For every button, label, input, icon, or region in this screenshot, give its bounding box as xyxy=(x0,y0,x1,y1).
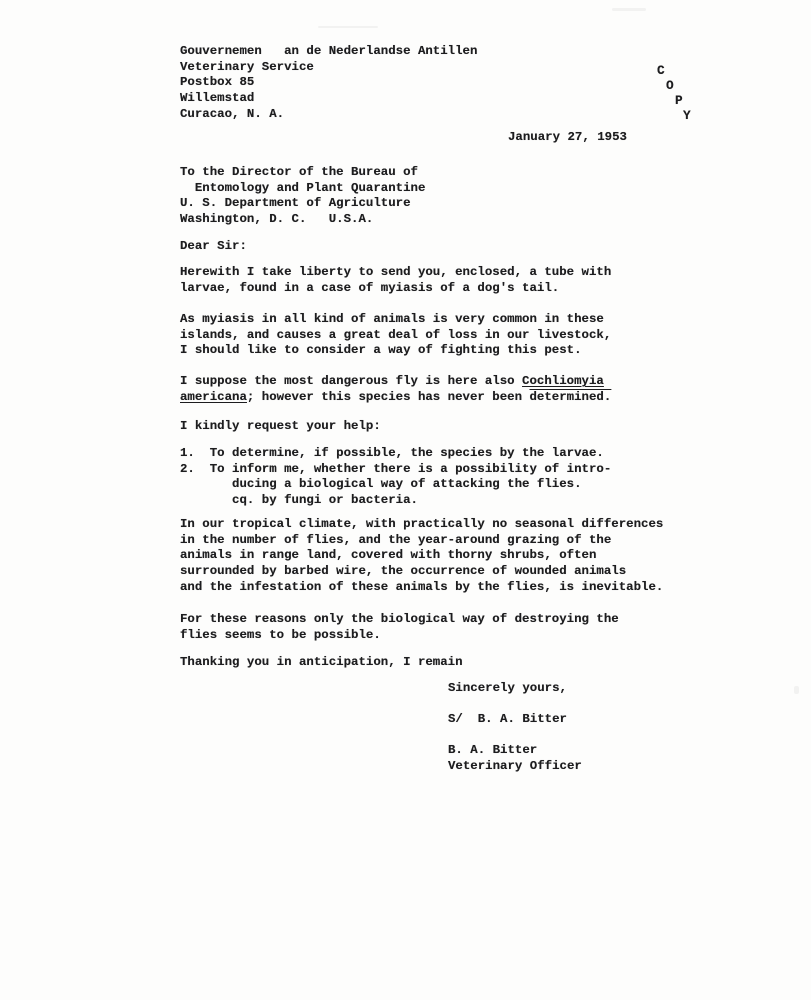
letterhead: Gouvernemen an de Nederlandse Antillen V… xyxy=(180,44,477,123)
request-list: 1. To determine, if possible, the specie… xyxy=(180,446,611,509)
copy-stamp-letter: O xyxy=(666,78,674,93)
paragraph-myiasis: As myiasis in all kind of animals is ver… xyxy=(180,312,611,359)
date-line: January 27, 1953 xyxy=(508,130,627,146)
copy-stamp-letter: Y xyxy=(683,108,691,123)
scan-artifact xyxy=(794,686,799,694)
salutation: Dear Sir: xyxy=(180,239,247,255)
copy-stamp-letter: P xyxy=(675,93,683,108)
paragraph-conclusion: For these reasons only the biological wa… xyxy=(180,612,619,643)
scan-artifact xyxy=(612,8,646,11)
paragraph-species-text: ; however this species has never been xyxy=(247,390,530,404)
paragraph-species-text: I suppose the most dangerous fly is here… xyxy=(180,374,522,388)
copy-stamp-letter: C xyxy=(657,63,665,78)
recipient-address: To the Director of the Bureau of Entomol… xyxy=(180,165,425,228)
paragraph-species: I suppose the most dangerous fly is here… xyxy=(180,374,611,405)
species-name-part2: americana xyxy=(180,390,247,404)
signature-line: S/ B. A. Bitter xyxy=(448,712,567,728)
scanned-letter-page: Gouvernemen an de Nederlandse Antillen V… xyxy=(0,0,811,1000)
paragraph-enclosure: Herewith I take liberty to send you, enc… xyxy=(180,265,611,296)
paragraph-climate: In our tropical climate, with practicall… xyxy=(180,517,663,596)
species-name-part1: Cochliomyia xyxy=(522,374,604,388)
signer-name-block: B. A. Bitter Veterinary Officer xyxy=(448,743,582,774)
request-intro: I kindly request your help: xyxy=(180,419,381,435)
scan-artifact xyxy=(318,26,378,28)
closing: Sincerely yours, xyxy=(448,681,567,697)
paragraph-thanks: Thanking you in anticipation, I remain xyxy=(180,655,463,671)
paragraph-species-text-overlined: determined. xyxy=(529,390,611,404)
